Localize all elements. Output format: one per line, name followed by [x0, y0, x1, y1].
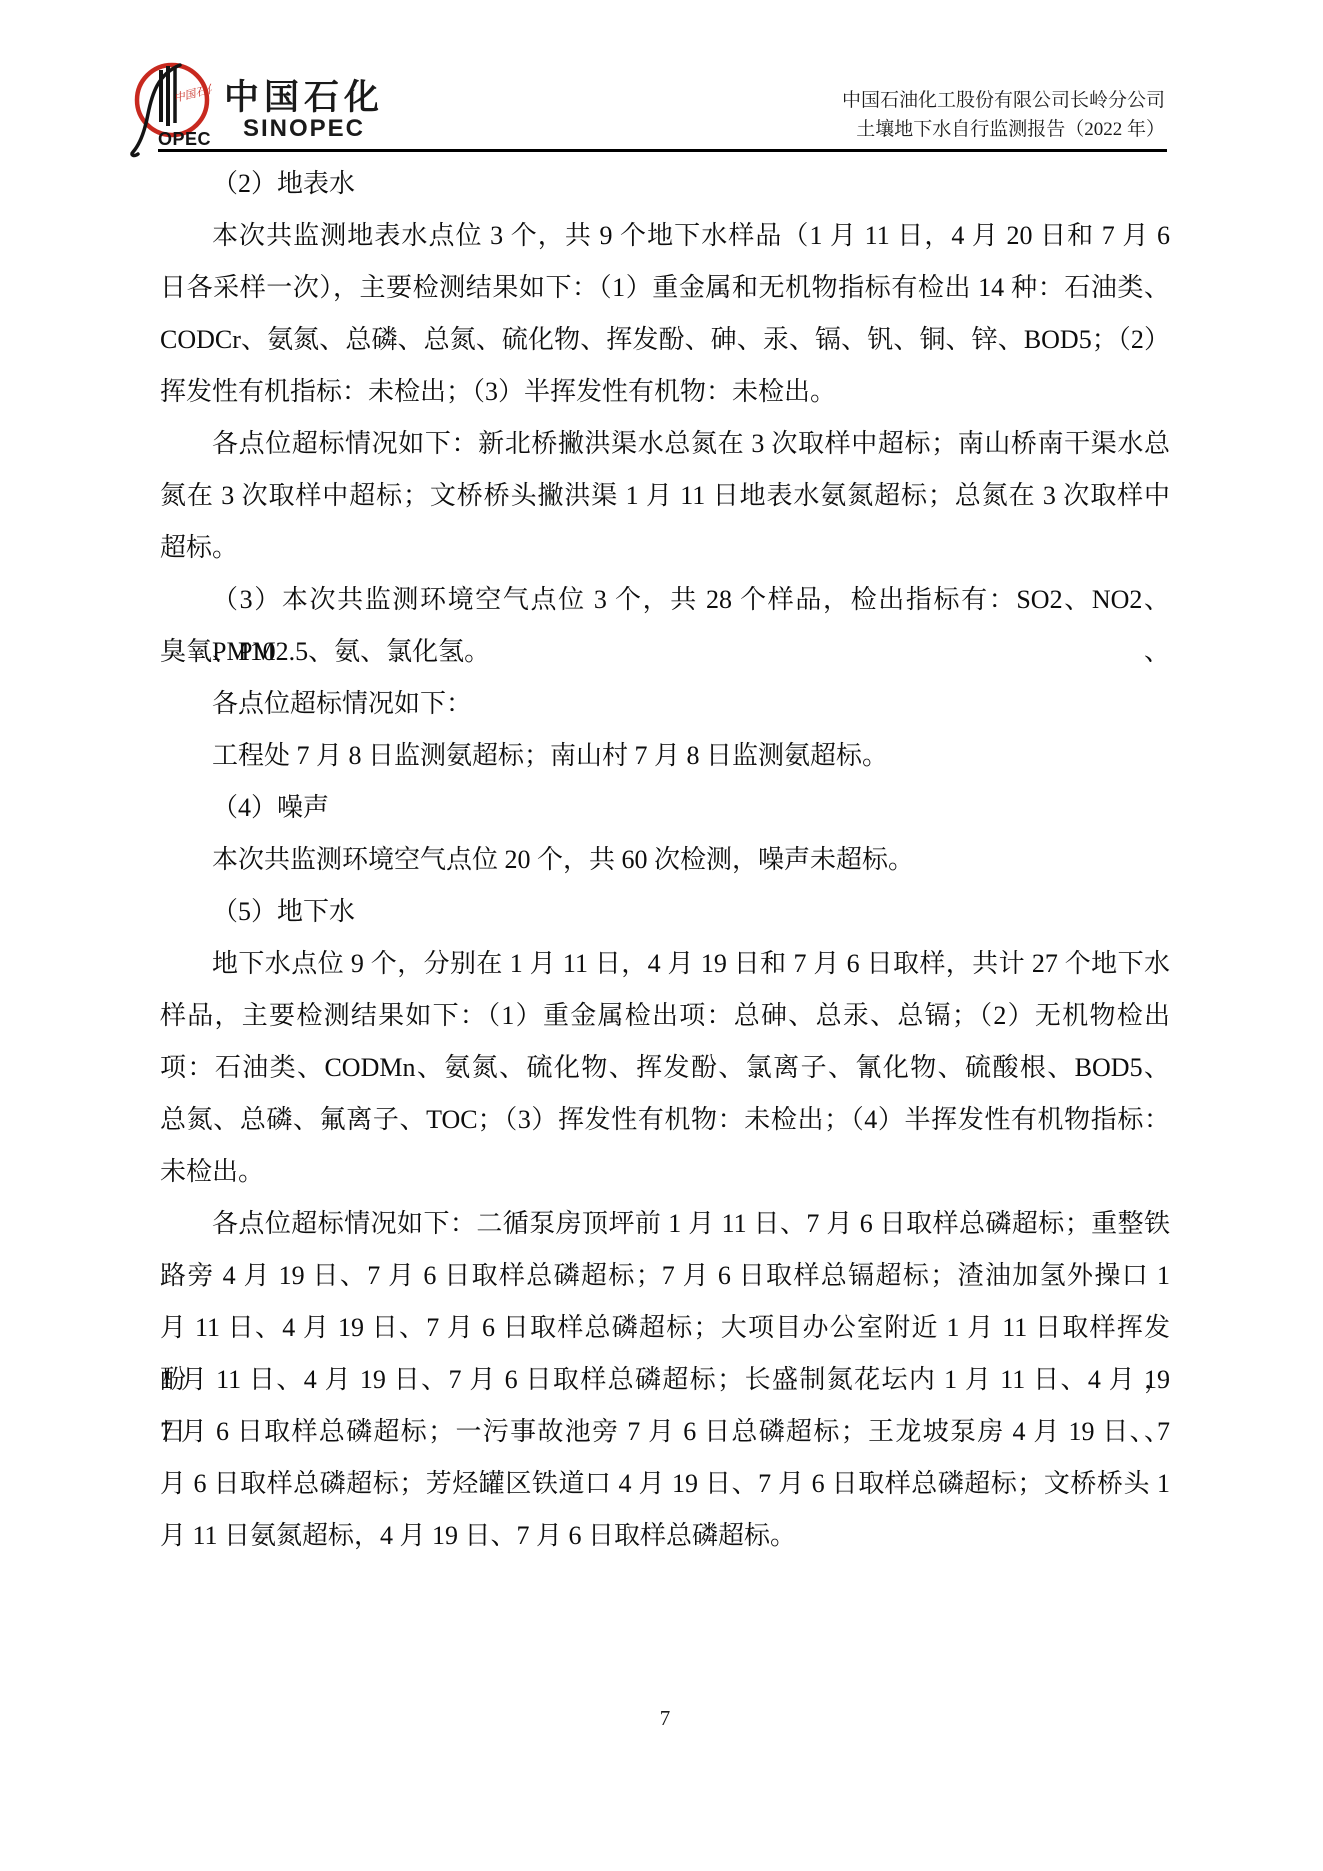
text-line: 氮在 3 次取样中超标；文桥桥头撇洪渠 1 月 11 日地表水氨氮超标；总氮在 …: [160, 470, 1170, 522]
text-line: （5）地下水: [160, 886, 1170, 938]
text-line: 路旁 4 月 19 日、7 月 6 日取样总磷超标；7 月 6 日取样总镉超标；…: [160, 1250, 1170, 1302]
text-line: 7 月 6 日取样总磷超标；一污事故池旁 7 月 6 日总磷超标；王龙坡泵房 4…: [160, 1406, 1170, 1458]
header-right: 中国石油化工股份有限公司长岭分公司 土壤地下水自行监测报告（2022 年）: [842, 86, 1165, 144]
text-line: 各点位超标情况如下：二循泵房顶坪前 1 月 11 日、7 月 6 日取样总磷超标…: [160, 1198, 1170, 1250]
text-line: 各点位超标情况如下：新北桥撇洪渠水总氮在 3 次取样中超标；南山桥南干渠水总: [160, 418, 1170, 470]
text-line: 地下水点位 9 个，分别在 1 月 11 日，4 月 19 日和 7 月 6 日…: [160, 938, 1170, 990]
header-rule: [158, 149, 1167, 152]
text-line: 未检出。: [160, 1146, 1170, 1198]
sinopec-logo-icon: 中国石化 OPEC: [128, 60, 212, 158]
text-line: 项：石油类、CODMn、氨氮、硫化物、挥发酚、氯离子、氰化物、硫酸根、BOD5、: [160, 1042, 1170, 1094]
text-line: 月 11 日、4 月 19 日、7 月 6 日取样总磷超标；大项目办公室附近 1…: [160, 1302, 1170, 1354]
document-page: 中国石化 OPEC 中国石化 SINOPEC 中国石油化工股份有限公司长岭分公司…: [0, 0, 1323, 1871]
body-text: （2）地表水 本次共监测地表水点位 3 个，共 9 个地下水样品（1 月 11 …: [160, 158, 1170, 1562]
logo-cn-text: 中国石化: [224, 80, 384, 116]
text-line: 样品，主要检测结果如下：（1）重金属检出项：总砷、总汞、总镉；（2）无机物检出: [160, 990, 1170, 1042]
header-report-line: 土壤地下水自行监测报告（2022 年）: [842, 115, 1165, 144]
text-line: 月 11 日氨氮超标，4 月 19 日、7 月 6 日取样总磷超标。: [160, 1510, 1170, 1562]
text-line: （4）噪声: [160, 782, 1170, 834]
logo-wordmark: 中国石化 SINOPEC: [224, 80, 384, 142]
logo-mark-letters: OPEC: [158, 129, 211, 149]
text-line: CODCr、氨氮、总磷、总氮、硫化物、挥发酚、砷、汞、镉、钒、铜、锌、BOD5；…: [160, 314, 1170, 366]
text-line: 总氮、总磷、氟离子、TOC；（3）挥发性有机物：未检出；（4）半挥发性有机物指标…: [160, 1094, 1170, 1146]
text-line: 本次共监测环境空气点位 20 个，共 60 次检测，噪声未超标。: [160, 834, 1170, 886]
sinopec-logo: 中国石化 OPEC 中国石化 SINOPEC: [128, 60, 384, 158]
text-line: 各点位超标情况如下：: [160, 678, 1170, 730]
text-line: 工程处 7 月 8 日监测氨超标；南山村 7 月 8 日监测氨超标。: [160, 730, 1170, 782]
text-line: 月 6 日取样总磷超标；芳烃罐区铁道口 4 月 19 日、7 月 6 日取样总磷…: [160, 1458, 1170, 1510]
page-number: 7: [160, 1706, 1170, 1731]
text-line: 日各采样一次），主要检测结果如下：（1）重金属和无机物指标有检出 14 种：石油…: [160, 262, 1170, 314]
text-line: 超标。: [160, 522, 1170, 574]
header-company-line: 中国石油化工股份有限公司长岭分公司: [842, 86, 1165, 115]
text-line: 挥发性有机指标：未检出；（3）半挥发性有机物：未检出。: [160, 366, 1170, 418]
text-line: （2）地表水: [160, 158, 1170, 210]
text-line: （3）本次共监测环境空气点位 3 个，共 28 个样品，检出指标有：SO2、NO…: [160, 574, 1170, 626]
text-line: 1 月 11 日、4 月 19 日、7 月 6 日取样总磷超标；长盛制氮花坛内 …: [160, 1354, 1170, 1406]
logo-en-text: SINOPEC: [224, 116, 384, 142]
text-line: 本次共监测地表水点位 3 个，共 9 个地下水样品（1 月 11 日，4 月 2…: [160, 210, 1170, 262]
